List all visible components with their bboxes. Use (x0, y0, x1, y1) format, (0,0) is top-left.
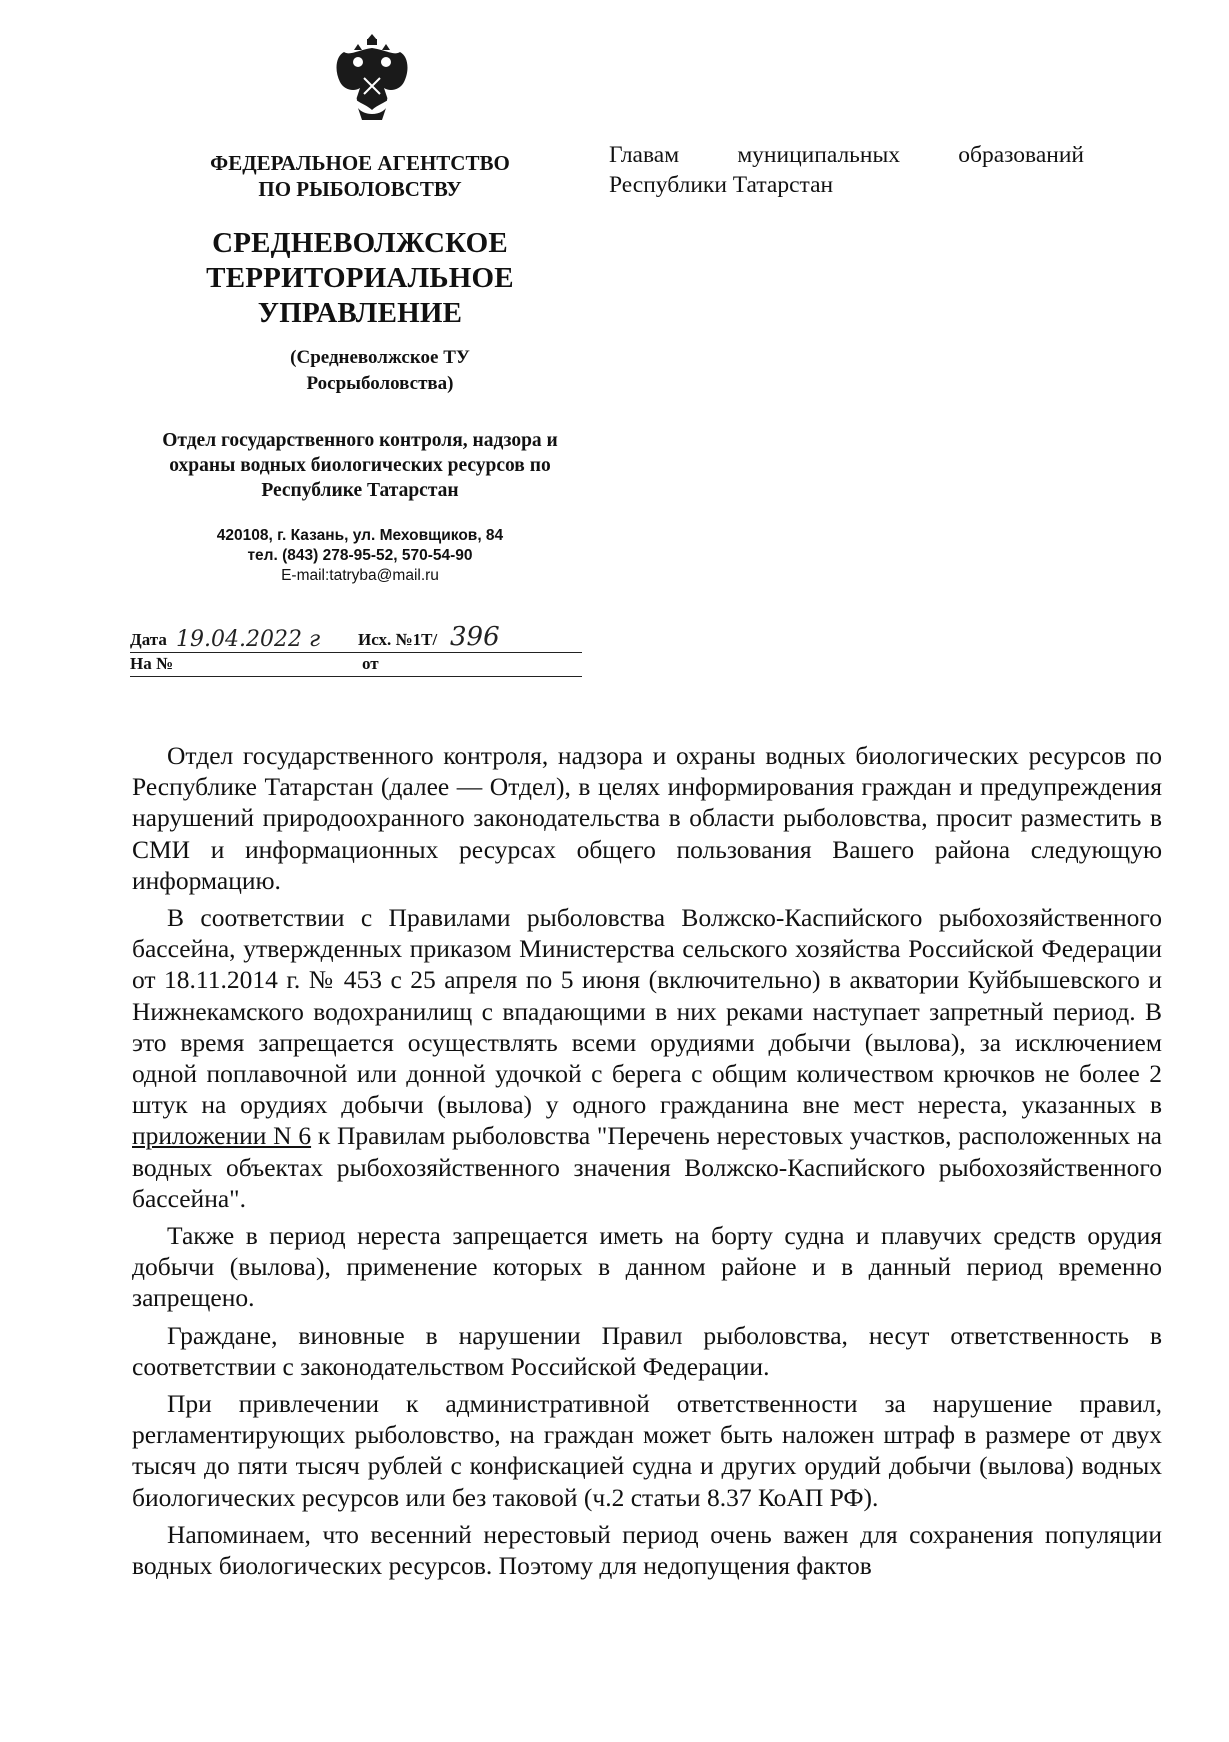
territorial-name-line: ТЕРРИТОРИАЛЬНОЕ (120, 261, 600, 296)
department-name-line: охраны водных биологических ресурсов по (120, 453, 600, 478)
paragraph-text: В соответствии с Правилами рыболовства В… (132, 903, 1162, 1119)
department-name: Отдел государственного контроля, надзора… (120, 428, 600, 503)
paragraph: Отдел государственного контроля, надзора… (132, 740, 1162, 896)
outgoing-number-label: Исх. №1Т/ (358, 630, 437, 650)
agency-name-line: ПО РЫБОЛОВСТВУ (120, 176, 600, 202)
paragraph: В соответствии с Правилами рыболовства В… (132, 902, 1162, 1214)
date-value-handwritten: 19.04.2022 г (176, 627, 320, 652)
agency-name: ФЕДЕРАЛЬНОЕ АГЕНТСТВО ПО РЫБОЛОВСТВУ (120, 150, 600, 202)
registration-line-outgoing: Дата 19.04.2022 г Исх. №1Т/ 396 (130, 622, 582, 653)
paragraph: Граждане, виновные в нарушении Правил ры… (132, 1320, 1162, 1382)
department-name-line: Республике Татарстан (120, 478, 600, 503)
paragraph: При привлечении к административной ответ… (132, 1388, 1162, 1513)
short-name-line: (Средневолжское ТУ (140, 345, 620, 371)
territorial-office-name: СРЕДНЕВОЛЖСКОЕ ТЕРРИТОРИАЛЬНОЕ УПРАВЛЕНИ… (120, 226, 600, 331)
contact-block: 420108, г. Казань, ул. Меховщиков, 84 те… (120, 526, 600, 586)
reference-date-label: от (362, 654, 379, 674)
paragraph: Также в период нереста запрещается иметь… (132, 1220, 1162, 1314)
paragraph: Напоминаем, что весенний нерестовый пери… (132, 1519, 1162, 1581)
email-address: E-mail:tatryba@mail.ru (120, 566, 600, 586)
agency-name-line: ФЕДЕРАЛЬНОЕ АГЕНТСТВО (120, 150, 600, 176)
addressee: Главам муниципальных образований Республ… (609, 140, 1084, 200)
russian-coat-of-arms-icon (328, 30, 416, 126)
appendix-reference-link: приложении N 6 (132, 1121, 311, 1150)
territorial-name-line: СРЕДНЕВОЛЖСКОЕ (120, 226, 600, 261)
date-label: Дата (130, 630, 167, 650)
letter-body: Отдел государственного контроля, надзора… (132, 740, 1162, 1587)
phone-numbers: тел. (843) 278-95-52, 570-54-90 (120, 546, 600, 566)
department-name-line: Отдел государственного контроля, надзора… (120, 428, 600, 453)
short-name-line: Росрыболовства) (140, 371, 620, 397)
territorial-name-line: УПРАВЛЕНИЕ (120, 296, 600, 331)
reference-number-label: На № (130, 654, 173, 674)
outgoing-number-handwritten: 396 (450, 622, 500, 652)
registration-line-reference: На № от (130, 654, 582, 677)
territorial-office-short-name: (Средневолжское ТУ Росрыболовства) (120, 345, 620, 397)
postal-address: 420108, г. Казань, ул. Меховщиков, 84 (120, 526, 600, 546)
